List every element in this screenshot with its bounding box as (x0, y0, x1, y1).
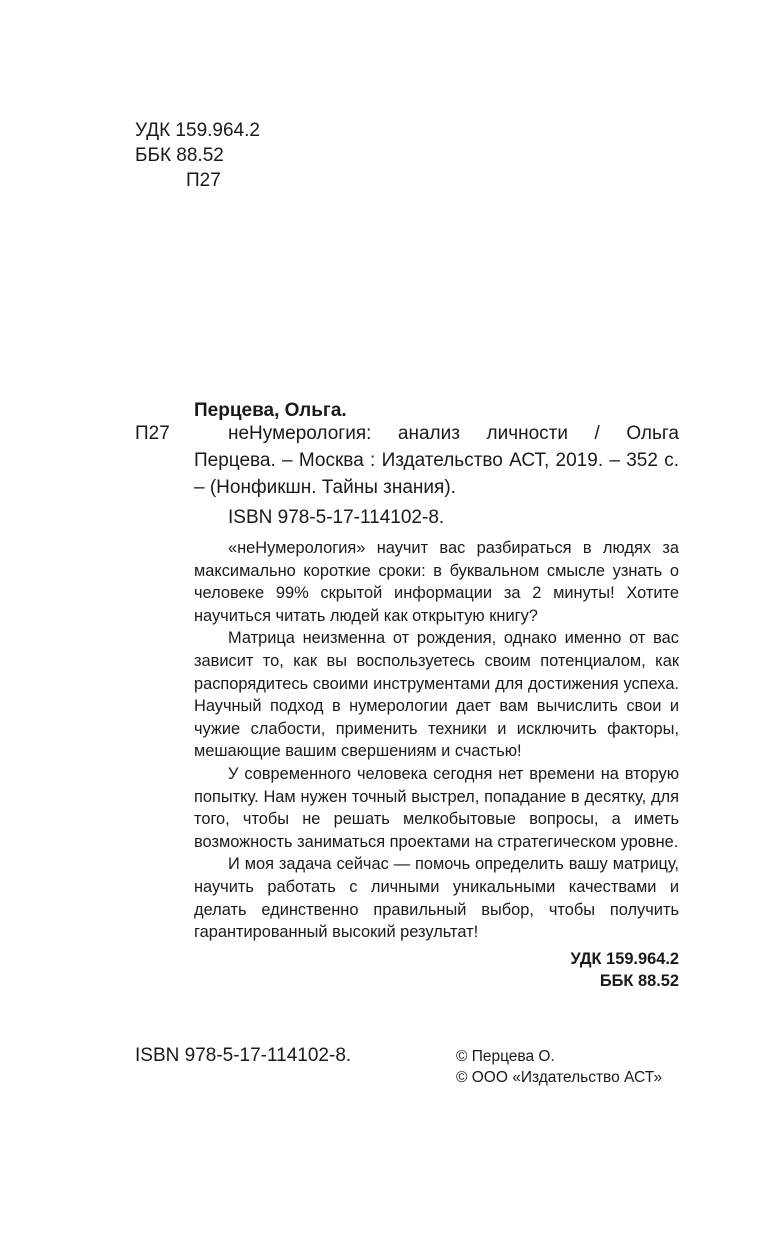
annotation-paragraph: И моя задача сейчас — помочь определить … (194, 853, 679, 943)
record-isbn: ISBN 978-5-17-114102-8. (228, 504, 444, 531)
annotation: «неНумерология» научит вас разбираться в… (194, 537, 679, 993)
udk-code: УДК 159.964.2 (135, 118, 260, 143)
classification-block: УДК 159.964.2 ББК 88.52 П27 (135, 118, 260, 193)
annotation-codes: УДК 159.964.2 ББК 88.52 (194, 948, 679, 993)
annotation-paragraph: У современного человека сегодня нет врем… (194, 763, 679, 853)
imprint-page: УДК 159.964.2 ББК 88.52 П27 Перцева, Оль… (0, 0, 768, 1241)
copyright-publisher: © ООО «Издательство АСТ» (456, 1067, 662, 1088)
annotation-paragraph: «неНумерология» научит вас разбираться в… (194, 537, 679, 627)
annotation-bbk: ББК 88.52 (194, 970, 679, 993)
bbk-code: ББК 88.52 (135, 143, 260, 168)
author-mark: П27 (135, 168, 260, 193)
copyright-block: © Перцева О. © ООО «Издательство АСТ» (456, 1046, 662, 1088)
record-description: неНумерология: анализ личности / Ольга П… (194, 420, 679, 501)
annotation-paragraph: Матрица неизменна от рождения, однако им… (194, 627, 679, 763)
annotation-udk: УДК 159.964.2 (194, 948, 679, 971)
footer-isbn: ISBN 978-5-17-114102-8. (135, 1044, 351, 1068)
author-mark-side: П27 (135, 420, 170, 447)
copyright-author: © Перцева О. (456, 1046, 662, 1067)
